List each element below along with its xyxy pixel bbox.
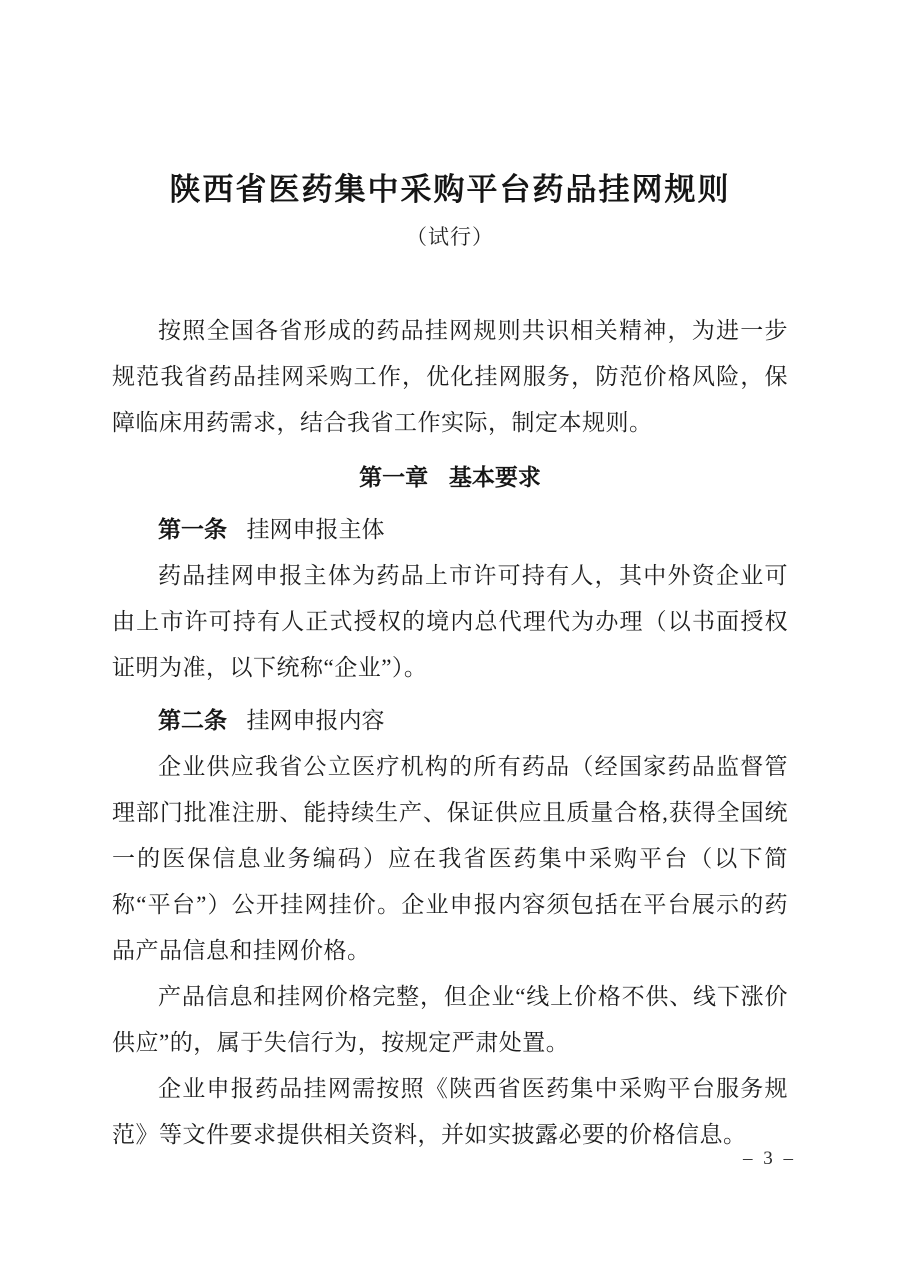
intro-paragraph: 按照全国各省形成的药品挂网规则共识相关精神，为进一步规范我省药品挂网采购工作，优… bbox=[112, 308, 788, 446]
document-subtitle: （试行） bbox=[112, 224, 788, 250]
page-number: – 3 – bbox=[743, 1148, 796, 1170]
article-1-heading: 第一条挂网申报主体 bbox=[112, 506, 788, 553]
article-1-title: 挂网申报主体 bbox=[247, 517, 385, 542]
chapter-title: 基本要求 bbox=[449, 464, 541, 490]
document-page: 陕西省医药集中采购平台药品挂网规则 （试行） 按照全国各省形成的药品挂网规则共识… bbox=[0, 0, 900, 1274]
chapter-number: 第一章 bbox=[359, 464, 428, 490]
chapter-heading: 第一章基本要求 bbox=[112, 454, 788, 500]
article-2-heading: 第二条挂网申报内容 bbox=[112, 697, 788, 744]
article-2-body-paragraph-1: 企业供应我省公立医疗机构的所有药品（经国家药品监督管理部门批准注册、能持续生产、… bbox=[112, 744, 788, 974]
article-2-number: 第二条 bbox=[158, 707, 227, 733]
article-1-body-paragraph: 药品挂网申报主体为药品上市许可持有人，其中外资企业可由上市许可持有人正式授权的境… bbox=[112, 553, 788, 691]
article-2-body-paragraph-3: 企业申报药品挂网需按照《陕西省医药集中采购平台服务规范》等文件要求提供相关资料，… bbox=[112, 1066, 788, 1158]
document-content: 陕西省医药集中采购平台药品挂网规则 （试行） 按照全国各省形成的药品挂网规则共识… bbox=[112, 0, 788, 1158]
article-2-body-paragraph-2: 产品信息和挂网价格完整，但企业“线上价格不供、线下涨价供应”的，属于失信行为，按… bbox=[112, 974, 788, 1066]
document-title: 陕西省医药集中采购平台药品挂网规则 bbox=[112, 170, 788, 210]
article-1-number: 第一条 bbox=[158, 516, 227, 542]
article-2-title: 挂网申报内容 bbox=[247, 708, 385, 733]
